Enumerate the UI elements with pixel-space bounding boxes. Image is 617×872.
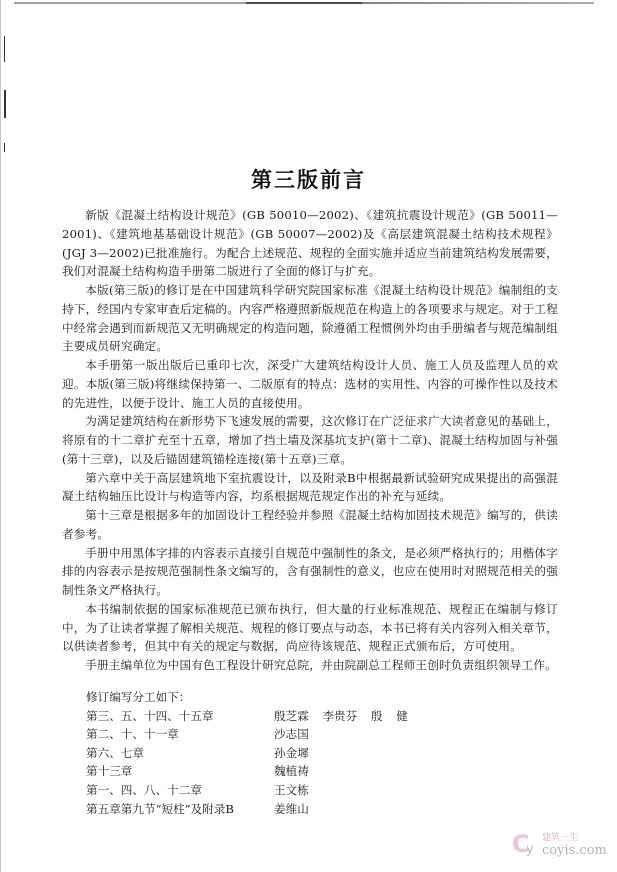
watermark: C y 建筑一生 coyis.com xyxy=(512,826,612,866)
scan-margin-mark xyxy=(4,143,5,152)
paragraph: 第六章中关于高层建筑地下室抗震设计，以及附录B中根据最新试验研究成果提出的高强混… xyxy=(62,469,558,507)
credits-chapters: 第一、四、八、十二章 xyxy=(86,781,274,800)
credits-authors: 孙金墀 xyxy=(274,744,309,763)
paragraph: 第十三章是根据多年的加固设计工程经验并参照《混凝土结构加固技术规范》编写的，供读… xyxy=(62,506,558,544)
credits-row: 第一、四、八、十二章 王文栋 xyxy=(86,781,506,800)
scan-margin-mark xyxy=(4,36,5,62)
watermark-logo-sub: y xyxy=(526,842,534,857)
credits-row: 第六、七章 孙金墀 xyxy=(86,744,506,763)
watermark-chinese: 建筑一生 xyxy=(542,830,578,843)
credits-row: 第二、十、十一章 沙志国 xyxy=(86,725,506,744)
watermark-site: coyis.com xyxy=(542,843,607,858)
preface-body: 新版《混凝土结构设计规范》(GB 50010—2002)、《建筑抗震设计规范》(… xyxy=(62,206,558,675)
credits-authors: 殷芝霖 李贵芬 殷 健 xyxy=(274,707,408,726)
credits-chapters: 第六、七章 xyxy=(86,744,274,763)
credits-chapters: 第十三章 xyxy=(86,762,274,781)
paragraph: 手册主编单位为中国有色工程设计研究总院，并由院副总工程师王创时负责组织领导工作。 xyxy=(62,656,558,675)
paragraph: 本版(第三版)的修订是在中国建筑科学研究院国家标准《混凝土结构设计规范》编制组的… xyxy=(62,281,558,356)
credits-row: 第三、五、十四、十五章 殷芝霖 李贵芬 殷 健 xyxy=(86,707,506,726)
credits-chapters: 第五章第九节“短柱”及附录B xyxy=(86,800,274,819)
credits-chapters: 第三、五、十四、十五章 xyxy=(86,707,274,726)
credits-list: 修订编写分工如下： 第三、五、十四、十五章 殷芝霖 李贵芬 殷 健 第二、十、十… xyxy=(86,688,506,818)
scan-top-rule xyxy=(14,2,594,4)
paragraph: 手册中用黑体字排的内容表示直接引自规范中强制性的条文，是必须严格执行的；用楷体字… xyxy=(62,544,558,600)
credits-row: 第十三章 魏植祷 xyxy=(86,762,506,781)
page-edge xyxy=(0,0,1,872)
credits-chapters: 第二、十、十一章 xyxy=(86,725,274,744)
paragraph: 本书编制依据的国家标准规范已颁布执行，但大量的行业标准规范、规程正在编制与修订中… xyxy=(62,600,558,656)
credits-authors: 王文栋 xyxy=(274,781,309,800)
credits-authors: 沙志国 xyxy=(274,725,309,744)
paragraph: 为满足建筑结构在新形势下飞速发展的需要，这次修订在广泛征求广大读者意见的基础上，… xyxy=(62,412,558,468)
paragraph: 新版《混凝土结构设计规范》(GB 50010—2002)、《建筑抗震设计规范》(… xyxy=(62,206,558,281)
credits-authors: 魏植祷 xyxy=(274,762,309,781)
credits-intro: 修订编写分工如下： xyxy=(86,688,506,707)
credits-authors: 姜维山 xyxy=(274,800,309,819)
page-title: 第三版前言 xyxy=(0,164,617,194)
credits-row: 第五章第九节“短柱”及附录B 姜维山 xyxy=(86,800,506,819)
paragraph: 本手册第一版出版后已重印七次，深受广大建筑结构设计人员、施工人员及监理人员的欢迎… xyxy=(62,356,558,412)
scan-margin-mark xyxy=(4,90,6,118)
